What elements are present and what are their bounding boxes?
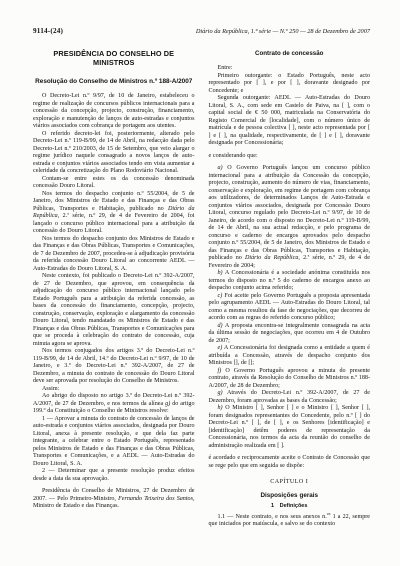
paragraph: g) Através do Decreto-Lei n.º 392-A/2007… <box>209 390 371 405</box>
text-run: A Concessionária é a sociedade anónima c… <box>209 270 371 291</box>
page-number: 9114-(24) <box>33 27 63 35</box>
text-run: Segunda outorgante: AEDL — Auto-Estradas… <box>209 95 371 146</box>
paragraph: h) O Ministro [ ], Senhor [ ] e o Minist… <box>209 405 371 450</box>
paragraph: Ao abrigo do disposto no artigo 3.º do D… <box>33 393 195 416</box>
paragraph: c) Foi aceite pelo Governo Português a p… <box>209 293 371 323</box>
text-run: A Concessionária foi designada como a en… <box>209 345 371 366</box>
text-run: Contam-se entre estes os da concessão de… <box>33 176 195 190</box>
text-run: , 2.ª série, n.º 29, de 4 de Fevereiro d… <box>33 213 195 234</box>
resolution-title: Resolução do Conselho de Ministros n.º 1… <box>33 78 195 85</box>
paragraph: f) O Governo Português aprovou a minuta … <box>209 368 371 391</box>
right-column: Contrato de concessão Entre:Primeiro out… <box>209 47 371 529</box>
paragraph: e) A Concessionária foi designada como a… <box>209 345 371 368</box>
text-run: Fernando Teixeira dos Santos <box>118 496 193 502</box>
text-run: CAPÍTULO I <box>270 479 308 485</box>
paragraph: Contam-se entre estes os da concessão de… <box>33 176 195 191</box>
paragraph: d) A proposta encontra-se integralmente … <box>209 323 371 346</box>
text-run: 2 — Determinar que a presente resolução … <box>33 468 195 482</box>
paragraph: Nos termos conjugados dos artigos 3.º do… <box>33 348 195 386</box>
chapter-heading: CAPÍTULO I <box>209 479 371 487</box>
left-column: PRESIDÊNCIA DO CONSELHO DE MINISTROS Res… <box>33 47 195 529</box>
text-run: Definições <box>280 503 308 509</box>
paragraph: Nos termos do despacho conjunto dos Mini… <box>33 236 195 274</box>
page-header: 9114-(24) Diário da República, 1.ª série… <box>33 27 370 35</box>
edition-info: Diário da República, 1.ª série — N.º 250… <box>196 28 370 35</box>
paragraph: 1 — Aprovar a minuta do contrato de conc… <box>33 416 195 469</box>
paragraph: 2 — Determinar que a presente resolução … <box>33 468 195 483</box>
clause-heading: 1 Definições <box>209 503 371 511</box>
text-run: Através do Decreto-Lei n.º 392-A/2007, d… <box>209 390 371 404</box>
text-run: O Decreto-Lei n.º 9/97, de 10 de Janeiro… <box>33 93 195 129</box>
text-run: Nos termos do despacho conjunto dos Mini… <box>33 236 195 272</box>
text-run: 1.1 — Neste contrato, e nos seus anexos … <box>218 514 327 520</box>
text-run: O referido decreto-lei foi, posteriormen… <box>33 131 195 175</box>
text-run: Primeiro outorgante: o Estado Português,… <box>209 73 371 94</box>
resolution-body: O Decreto-Lei n.º 9/97, de 10 de Janeiro… <box>33 93 195 511</box>
text-run: Diário da República <box>245 255 298 261</box>
paragraph: Neste contexto, foi publicado o Decreto-… <box>33 273 195 348</box>
paragraph: é acordado e reciprocamente aceite o Con… <box>209 455 371 470</box>
paragraph: O Decreto-Lei n.º 9/97, de 10 de Janeiro… <box>33 93 195 131</box>
paragraph: Segunda outorgante: AEDL — Auto-Estradas… <box>209 95 371 148</box>
page-content: 9114-(24) Diário da República, 1.ª série… <box>0 0 400 529</box>
two-column-body: PRESIDÊNCIA DO CONSELHO DE MINISTROS Res… <box>33 47 370 529</box>
gazette-page: 9114-(24) Diário da República, 1.ª série… <box>0 0 400 566</box>
text-run: Foi aceite pelo Governo Português a prop… <box>209 293 371 322</box>
text-run: Neste contexto, foi publicado o Decreto-… <box>33 273 195 347</box>
paragraph: a) O Governo Português lançou um concurs… <box>209 165 371 270</box>
paragraph: Nos termos do despacho conjunto n.º 55/2… <box>33 191 195 236</box>
paragraph: Assim: <box>33 386 195 394</box>
text-run: O Ministro [ ], Senhor [ ] e o Ministro … <box>209 405 371 449</box>
text-run: 1 — Aprovar a minuta do contrato de conc… <box>33 416 195 467</box>
text-run: A proposta encontra-se integralmente con… <box>209 323 371 344</box>
text-run: Nos termos conjugados dos artigos 3.º do… <box>33 348 195 384</box>
text-run: Disposições gerais <box>260 492 318 499</box>
contract-title: Contrato de concessão <box>209 50 371 57</box>
contract-body: Entre:Primeiro outorgante: o Estado Port… <box>209 65 371 529</box>
paragraph: Primeiro outorgante: o Estado Português,… <box>209 73 371 96</box>
paragraph: b) A Concessionária é a sociedade anónim… <box>209 270 371 293</box>
ministry-title: PRESIDÊNCIA DO CONSELHO DE MINISTROS <box>33 49 195 67</box>
paragraph: Entre: <box>209 65 371 73</box>
signature-line: Presidência do Conselho de Ministros, 27… <box>33 488 195 511</box>
text-run: é acordado e reciprocamente aceite o Con… <box>209 455 371 469</box>
text-run: Entre: <box>218 65 233 71</box>
section-heading: Disposições gerais <box>209 492 371 500</box>
paragraph: e considerando que: <box>209 153 371 161</box>
text-run: O Governo Português lançou um concurso p… <box>209 165 371 261</box>
text-run: O Governo Português aprovou a minuta do … <box>209 368 371 389</box>
paragraph: O referido decreto-lei foi, posteriormen… <box>33 131 195 176</box>
text-run: e considerando que: <box>209 153 258 159</box>
text-run: Assim: <box>42 386 59 392</box>
paragraph: 1.1 — Neste contrato, e nos seus anexos … <box>209 514 371 529</box>
